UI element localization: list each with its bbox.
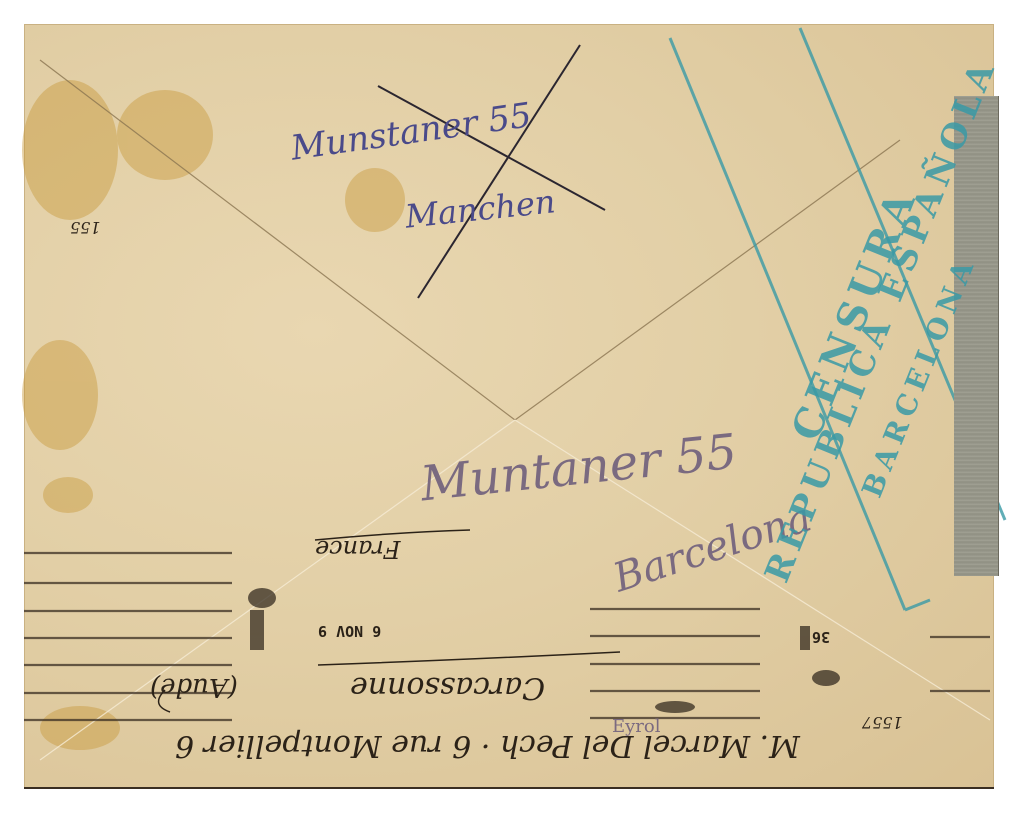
note-greek-pencil: Eyrol: [612, 716, 661, 737]
upside-region-note: (Aude): [150, 672, 238, 702]
upside-region: Carcassonne: [350, 670, 545, 705]
upside-country: France: [315, 535, 401, 563]
note-bottom-right: 1557: [862, 713, 903, 732]
water-stains: [22, 80, 405, 750]
cross-out-x: [378, 45, 605, 298]
postmark-date: 6 NOV 9: [318, 622, 381, 640]
upside-sender-line: M. Marcel Del Pech · 6 rue Montpellier 6: [175, 728, 800, 763]
note-left-margin: 155: [70, 218, 101, 237]
postmark-partial: 36: [812, 628, 830, 646]
